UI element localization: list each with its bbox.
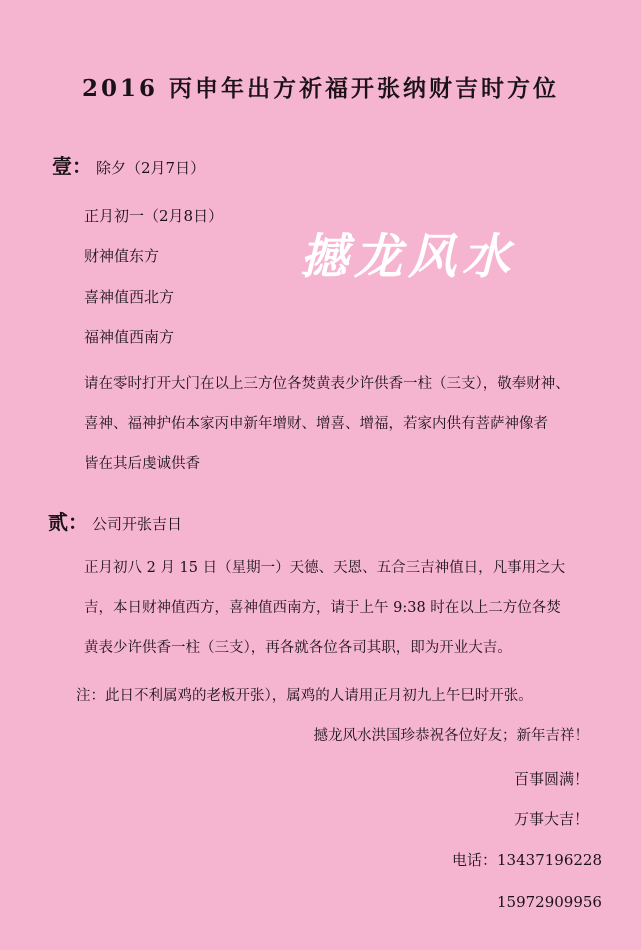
phone-number-2: 15972909956 bbox=[497, 893, 602, 911]
section2-marker: 贰： bbox=[48, 510, 88, 534]
section2-line: 黄表少许供香一柱（三支），再各就各位各司其职，即为开业大吉。 bbox=[84, 636, 512, 657]
watermark: 撼龙风水 bbox=[300, 218, 516, 287]
phone-line-1: 电话：13437196228 bbox=[452, 849, 602, 870]
section2-line: 正月初八 2 月 15 日（星期一）天德、天恩、五合三吉神值日，凡事用之大 bbox=[84, 556, 565, 577]
section1-line: 喜神值西北方 bbox=[84, 286, 174, 307]
section2-note: 注：此日不利属鸡的老板开张），属鸡的人请用正月初九上午巳时开张。 bbox=[76, 684, 533, 705]
section1-line: 财神值东方 bbox=[84, 245, 159, 266]
section2-heading: 公司开张吉日 bbox=[92, 515, 182, 533]
section1-line: 皆在其后虔诚供香 bbox=[84, 452, 200, 473]
section2-header: 贰：公司开张吉日 bbox=[48, 506, 182, 535]
section2-line: 吉，本日财神值西方，喜神值西南方，请于上午 9:38 时在以上二方位各焚 bbox=[84, 596, 561, 617]
section1-line: 请在零时打开大门在以上三方位各焚黄表少许供香一柱（三支），敬奉财神、 bbox=[84, 372, 570, 393]
section1-header: 壹：除夕（2月7日） bbox=[52, 150, 205, 179]
document-title: 2016 丙申年出方祈福开张纳财吉时方位 bbox=[0, 70, 641, 103]
phone-label: 电话： bbox=[452, 851, 497, 869]
section1-line: 福神值西南方 bbox=[84, 326, 174, 347]
closing-wish-2: 万事大吉！ bbox=[514, 808, 589, 829]
section1-heading: 除夕（2月7日） bbox=[96, 159, 205, 177]
phone-number-1: 13437196228 bbox=[497, 851, 602, 869]
closing-wish-1: 百事圆满！ bbox=[514, 768, 589, 789]
section1-line: 正月初一（2月8日） bbox=[84, 205, 223, 226]
closing-greeting: 撼龙风水洪国珍恭祝各位好友；新年吉祥！ bbox=[314, 724, 590, 745]
section1-line: 喜神、福神护佑本家丙申新年增财、增喜、增福，若家内供有菩萨神像者 bbox=[84, 412, 548, 433]
section1-marker: 壹： bbox=[52, 154, 92, 178]
